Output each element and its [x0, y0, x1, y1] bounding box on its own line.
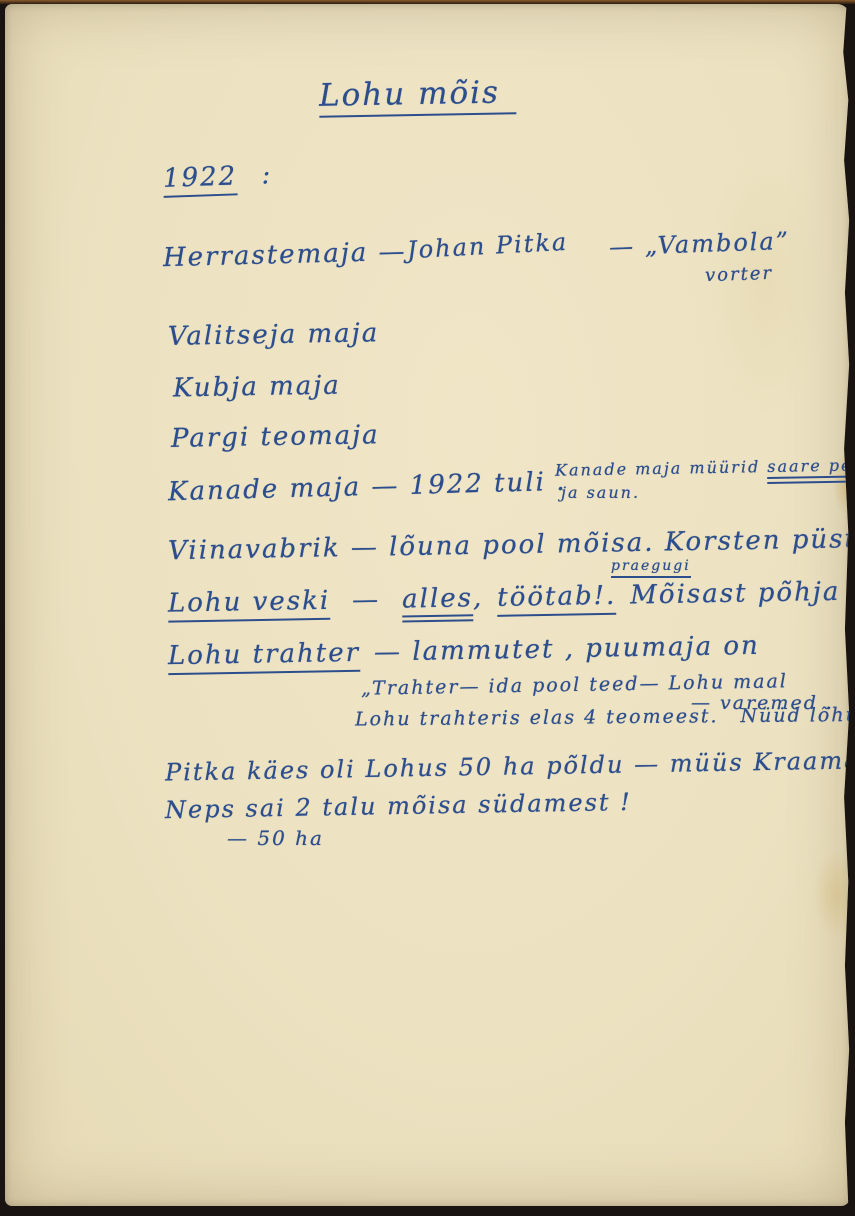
trahter-sub4-text: Nüüd lõhutud . [740, 704, 855, 728]
year-colon: : [261, 160, 273, 190]
page-title: Lohu mõis [319, 74, 517, 113]
entry-veski: Lohu veski — alles , töötab!. Mõisast põ… [168, 575, 855, 626]
trahter-name: Lohu trahter [168, 638, 361, 675]
kanade-note-underlined: saare peal [767, 455, 855, 484]
paper-sheet: Lohu mõis 1922 : Herrastemaja — Johan Pi… [5, 4, 850, 1206]
veski-tootab: töötab!. [497, 581, 617, 617]
entry-herrastemaja-owner: Johan Pitka [406, 228, 568, 264]
year-number: 1922 [163, 161, 238, 198]
year-heading: 1922 : [163, 160, 273, 194]
paper-stain [813, 849, 855, 939]
kanade-note-text: Kanade maja müürid [555, 457, 768, 480]
entry-kanade-note-line1: Kanade maja müürid saare peal [555, 455, 855, 480]
trahter-detail: — lammutet , puumaja on [374, 631, 760, 668]
entry-trahter-sub3: Lohu trahteris elas 4 teomeest. Nüüd lõh… [355, 704, 855, 731]
veski-insert-word: praegugi [611, 558, 691, 578]
entry-herrastemaja-quote: — „Vambola” [609, 227, 791, 261]
entry-neps-sub: — 50 ha [227, 826, 324, 850]
entry-kanade: Kanade maja — 1922 tuli . [168, 467, 567, 507]
veski-detail: Mõisast põhja pool. [630, 575, 855, 610]
entry-trahter: Lohu trahter — lammutet , puumaja on [168, 631, 760, 675]
entry-veski-insert: praegugi [611, 558, 691, 574]
page-title-text: Lohu mõis [319, 74, 517, 117]
entry-kanade-note-line2: ja saun. [561, 483, 640, 502]
scan-edge-top [0, 0, 855, 4]
trahter-sub3-text: Lohu trahteris elas 4 teomeest. [355, 705, 719, 730]
veski-dash: — [352, 585, 381, 615]
veski-name: Lohu veski [168, 586, 331, 623]
entry-pitka: Pitka käes oli Lohus 50 ha põldu — müüs … [165, 745, 855, 786]
veski-comma: , [473, 583, 484, 613]
entry-viinavabrik: Viinavabrik — lõuna pool mõisa. Korsten … [168, 524, 855, 566]
entry-herrastemaja-quote-sub: vorter [705, 263, 774, 286]
entry-valitseja: Valitseja maja [168, 318, 380, 352]
entry-kubja: Kubja maja [173, 371, 341, 404]
entry-pargi: Pargi teomaja [171, 420, 380, 454]
entry-herrastemaja: Herrastemaja — [163, 237, 407, 273]
entry-neps: Neps sai 2 talu mõisa südamest ! [165, 788, 632, 824]
veski-alles: alles [402, 583, 474, 622]
